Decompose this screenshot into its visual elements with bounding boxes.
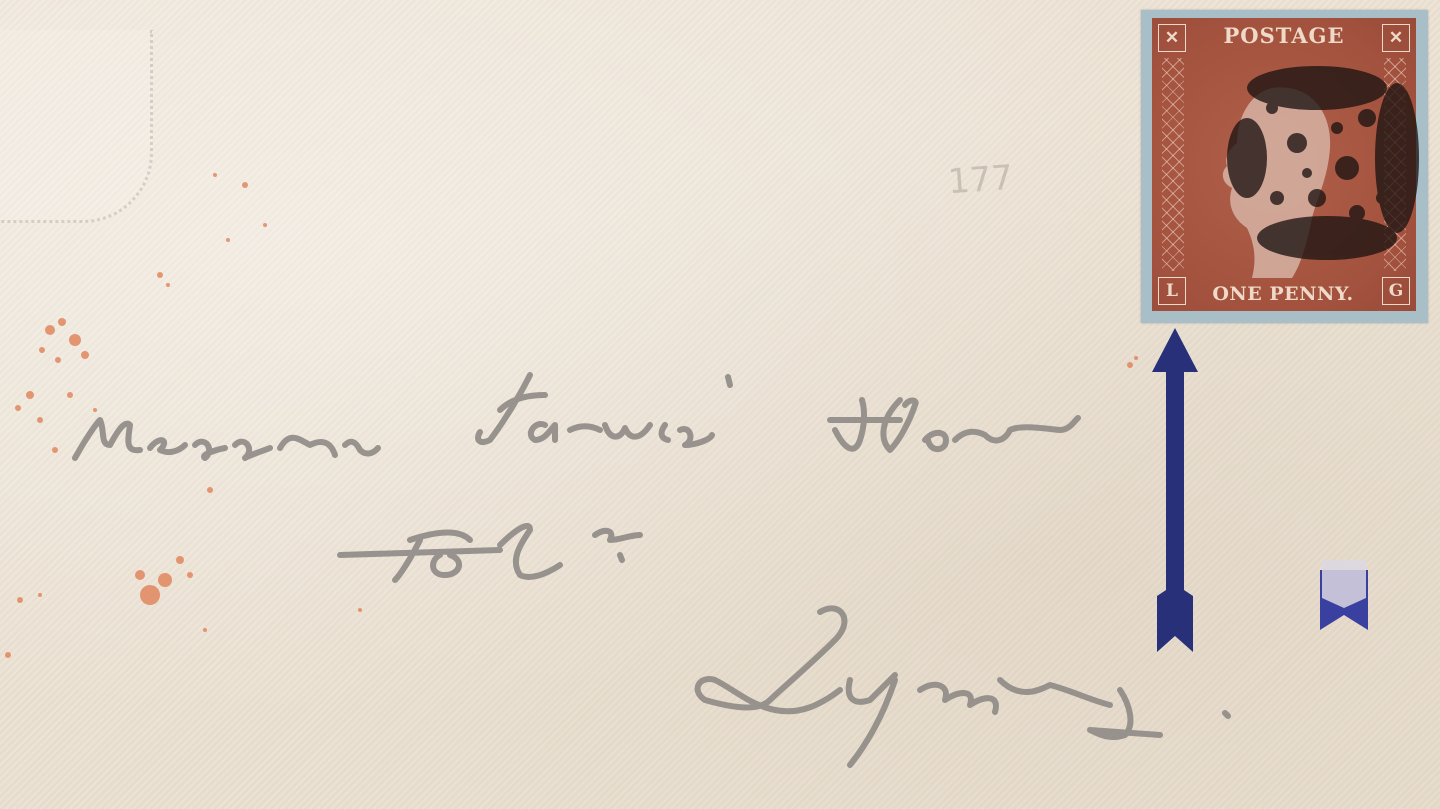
envelope-photo: 177 ✕ ✕ POSTAGE [0, 0, 1440, 809]
partial-arrow-fletching-icon [0, 0, 1440, 809]
